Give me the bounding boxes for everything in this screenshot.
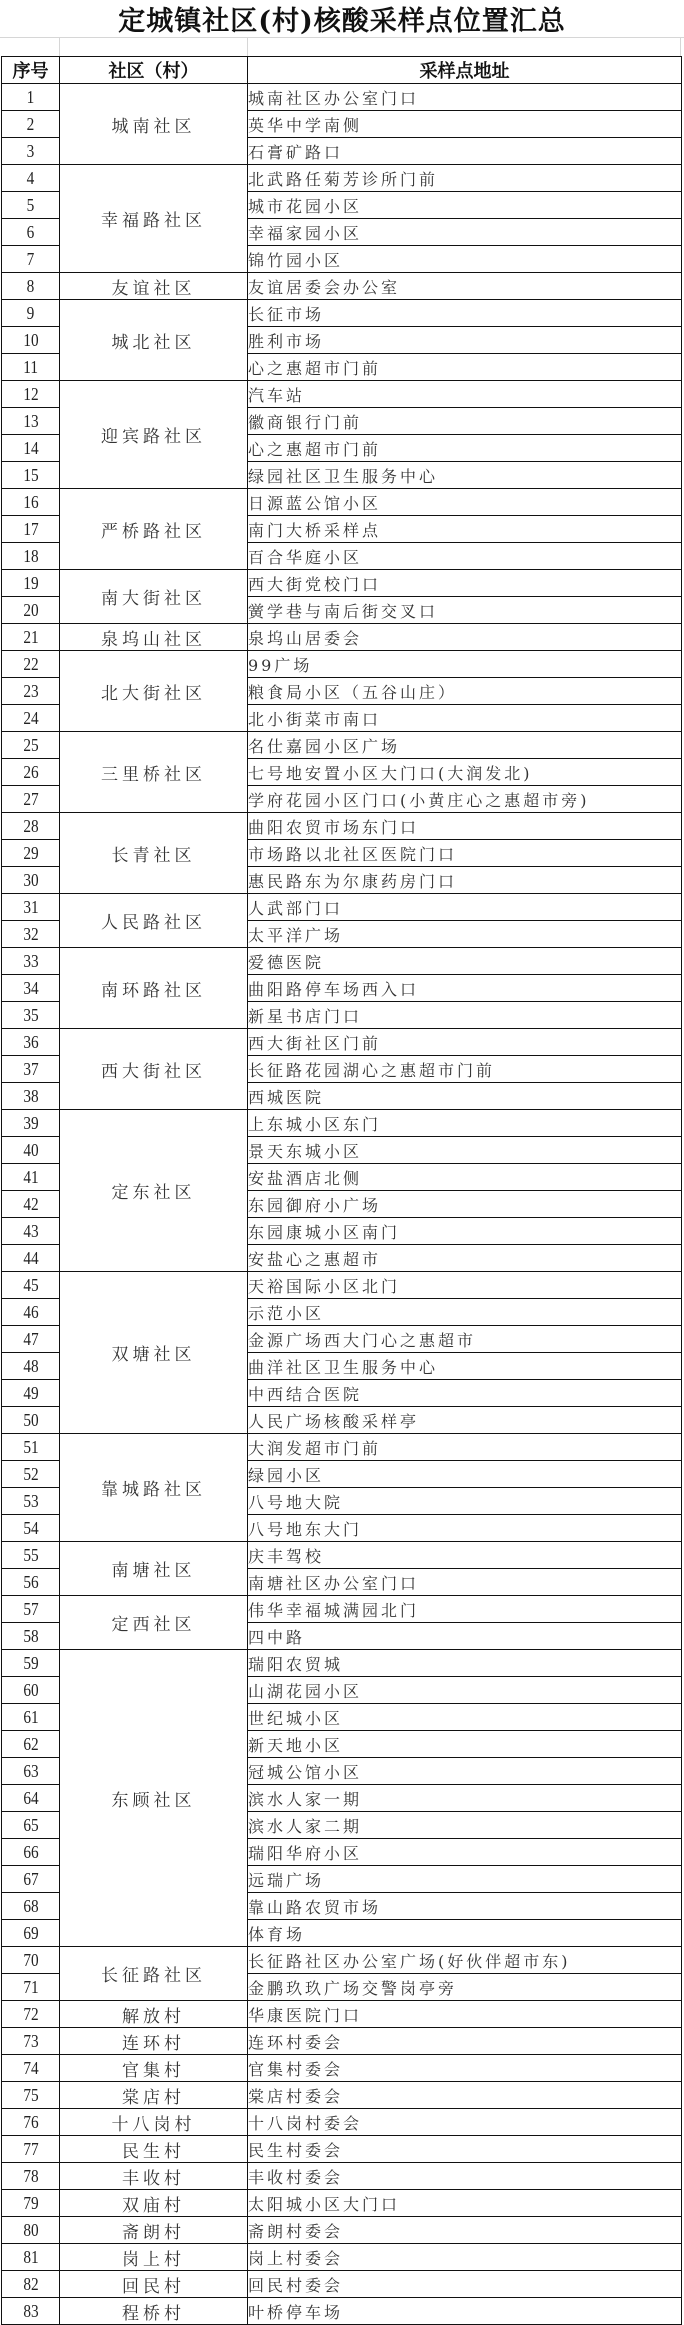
sheet-title: 定城镇社区(村)核酸采样点位置汇总: [0, 0, 684, 38]
cell-community: 南塘社区: [60, 1542, 248, 1596]
table-row: 76十八岗村十八岗村委会: [2, 2109, 682, 2136]
row-number: 31: [23, 897, 38, 918]
cell-no: 23: [2, 678, 60, 705]
row-number: 34: [23, 978, 38, 999]
cell-no: 77: [2, 2136, 60, 2163]
row-number: 26: [23, 762, 38, 783]
cell-address: 大润发超市门前: [248, 1434, 682, 1461]
row-number: 16: [23, 492, 38, 513]
cell-community: 解放村: [60, 2001, 248, 2028]
cell-no: 3: [2, 138, 60, 165]
table-row: 12迎宾路社区汽车站: [2, 381, 682, 408]
cell-community: 人民路社区: [60, 894, 248, 948]
row-number: 45: [23, 1275, 38, 1296]
cell-no: 70: [2, 1947, 60, 1974]
row-number: 77: [23, 2139, 38, 2160]
row-number: 23: [23, 681, 38, 702]
cell-address: 西大街党校门口: [248, 570, 682, 597]
cell-address: 黉学巷与南后街交叉口: [248, 597, 682, 624]
cell-address: 绿园社区卫生服务中心: [248, 462, 682, 489]
cell-community: 严桥路社区: [60, 489, 248, 570]
cell-address: 长征市场: [248, 300, 682, 327]
cell-no: 47: [2, 1326, 60, 1353]
cell-no: 76: [2, 2109, 60, 2136]
cell-community: 幸福路社区: [60, 165, 248, 273]
cell-address: 汽车站: [248, 381, 682, 408]
cell-address: 八号地东大门: [248, 1515, 682, 1542]
cell-address: 斋朗村委会: [248, 2217, 682, 2244]
row-number: 51: [23, 1437, 38, 1458]
cell-address: 西城医院: [248, 1083, 682, 1110]
table-row: 33南环路社区爱德医院: [2, 948, 682, 975]
cell-no: 83: [2, 2298, 60, 2325]
cell-no: 33: [2, 948, 60, 975]
cell-address: 连环村委会: [248, 2028, 682, 2055]
row-number: 57: [23, 1599, 38, 1620]
row-number: 3: [27, 141, 35, 162]
row-number: 25: [23, 735, 38, 756]
cell-address: 名仕嘉园小区广场: [248, 732, 682, 759]
cell-address: 西大街社区门前: [248, 1029, 682, 1056]
cell-no: 40: [2, 1137, 60, 1164]
cell-address: 英华中学南侧: [248, 111, 682, 138]
cell-no: 11: [2, 354, 60, 381]
cell-address: 新天地小区: [248, 1731, 682, 1758]
row-number: 61: [23, 1707, 38, 1728]
table-row: 25三里桥社区名仕嘉园小区广场: [2, 732, 682, 759]
cell-address: 十八岗村委会: [248, 2109, 682, 2136]
cell-no: 13: [2, 408, 60, 435]
cell-community: 官集村: [60, 2055, 248, 2082]
row-number: 32: [23, 924, 38, 945]
cell-address: 石膏矿路口: [248, 138, 682, 165]
cell-no: 82: [2, 2271, 60, 2298]
cell-community: 友谊社区: [60, 273, 248, 300]
cell-address: 百合华庭小区: [248, 543, 682, 570]
row-number: 50: [23, 1410, 38, 1431]
cell-address: 曲洋社区卫生服务中心: [248, 1353, 682, 1380]
row-number: 54: [23, 1518, 38, 1539]
row-number: 5: [27, 195, 35, 216]
cell-no: 74: [2, 2055, 60, 2082]
cell-address: 伟华幸福城满园北门: [248, 1596, 682, 1623]
row-number: 68: [23, 1896, 38, 1917]
cell-no: 71: [2, 1974, 60, 2001]
cell-no: 12: [2, 381, 60, 408]
row-number: 46: [23, 1302, 38, 1323]
cell-community: 连环村: [60, 2028, 248, 2055]
cell-community: 三里桥社区: [60, 732, 248, 813]
table-row: 79双庙村太阳城小区大门口: [2, 2190, 682, 2217]
cell-no: 81: [2, 2244, 60, 2271]
cell-address: 绿园小区: [248, 1461, 682, 1488]
cell-no: 20: [2, 597, 60, 624]
cell-address: 北小街菜市南口: [248, 705, 682, 732]
row-number: 70: [23, 1950, 38, 1971]
row-number: 63: [23, 1761, 38, 1782]
cell-address: 四中路: [248, 1623, 682, 1650]
cell-community: 泉坞山社区: [60, 624, 248, 651]
cell-no: 45: [2, 1272, 60, 1299]
row-number: 41: [23, 1167, 38, 1188]
cell-address: 爱德医院: [248, 948, 682, 975]
cell-address: 南塘社区办公室门口: [248, 1569, 682, 1596]
row-number: 64: [23, 1788, 38, 1809]
table-row: 21泉坞山社区泉坞山居委会: [2, 624, 682, 651]
cell-address: 锦竹园小区: [248, 246, 682, 273]
cell-address: 东园御府小广场: [248, 1191, 682, 1218]
table-row: 75棠店村棠店村委会: [2, 2082, 682, 2109]
cell-address: 人民广场核酸采样亭: [248, 1407, 682, 1434]
empty-gridline-row: [0, 38, 684, 56]
row-number: 76: [23, 2112, 38, 2133]
table-header-row: 序号 社区（村） 采样点地址: [2, 57, 682, 84]
cell-address: 景天东城小区: [248, 1137, 682, 1164]
cell-no: 16: [2, 489, 60, 516]
table-row: 4幸福路社区北武路任菊芳诊所门前: [2, 165, 682, 192]
cell-no: 59: [2, 1650, 60, 1677]
table-row: 36西大街社区西大街社区门前: [2, 1029, 682, 1056]
row-number: 42: [23, 1194, 38, 1215]
cell-no: 27: [2, 786, 60, 813]
cell-no: 67: [2, 1866, 60, 1893]
row-number: 83: [23, 2301, 38, 2322]
row-number: 52: [23, 1464, 38, 1485]
row-number: 75: [23, 2085, 38, 2106]
cell-address: 太阳城小区大门口: [248, 2190, 682, 2217]
cell-no: 48: [2, 1353, 60, 1380]
row-number: 11: [23, 357, 38, 378]
row-number: 4: [27, 168, 35, 189]
cell-no: 2: [2, 111, 60, 138]
row-number: 29: [23, 843, 38, 864]
row-number: 78: [23, 2166, 38, 2187]
cell-no: 72: [2, 2001, 60, 2028]
table-row: 59东顾社区瑞阳农贸城: [2, 1650, 682, 1677]
table-row: 81岗上村岗上村委会: [2, 2244, 682, 2271]
cell-no: 69: [2, 1920, 60, 1947]
cell-no: 19: [2, 570, 60, 597]
cell-address: 徽商银行门前: [248, 408, 682, 435]
row-number: 43: [23, 1221, 38, 1242]
cell-address: 七号地安置小区大门口(大润发北): [248, 759, 682, 786]
cell-no: 18: [2, 543, 60, 570]
table-row: 19南大街社区西大街党校门口: [2, 570, 682, 597]
row-number: 24: [23, 708, 38, 729]
cell-no: 9: [2, 300, 60, 327]
cell-community: 程桥村: [60, 2298, 248, 2325]
cell-address: 新星书店门口: [248, 1002, 682, 1029]
cell-address: 岗上村委会: [248, 2244, 682, 2271]
cell-no: 25: [2, 732, 60, 759]
row-number: 44: [23, 1248, 38, 1269]
cell-no: 55: [2, 1542, 60, 1569]
cell-address: 瑞阳华府小区: [248, 1839, 682, 1866]
cell-address: 城市花园小区: [248, 192, 682, 219]
row-number: 47: [23, 1329, 38, 1350]
row-number: 15: [23, 465, 38, 486]
row-number: 14: [23, 438, 38, 459]
cell-no: 31: [2, 894, 60, 921]
table-row: 22北大街社区99广场: [2, 651, 682, 678]
cell-community: 长青社区: [60, 813, 248, 894]
cell-no: 10: [2, 327, 60, 354]
row-number: 10: [23, 330, 38, 351]
cell-address: 丰收村委会: [248, 2163, 682, 2190]
table-row: 45双塘社区天裕国际小区北门: [2, 1272, 682, 1299]
table-row: 57定西社区伟华幸福城满园北门: [2, 1596, 682, 1623]
cell-no: 14: [2, 435, 60, 462]
cell-no: 34: [2, 975, 60, 1002]
cell-address: 粮食局小区（五谷山庄）: [248, 678, 682, 705]
row-number: 13: [23, 411, 38, 432]
cell-community: 南环路社区: [60, 948, 248, 1029]
row-number: 22: [23, 654, 38, 675]
cell-address: 城南社区办公室门口: [248, 84, 682, 111]
row-number: 38: [23, 1086, 38, 1107]
row-number: 55: [23, 1545, 38, 1566]
cell-no: 17: [2, 516, 60, 543]
cell-no: 15: [2, 462, 60, 489]
cell-address: 99广场: [248, 651, 682, 678]
row-number: 27: [23, 789, 38, 810]
row-number: 39: [23, 1113, 38, 1134]
table-row: 31人民路社区人武部门口: [2, 894, 682, 921]
cell-no: 39: [2, 1110, 60, 1137]
cell-community: 城南社区: [60, 84, 248, 165]
cell-address: 回民村委会: [248, 2271, 682, 2298]
row-number: 80: [23, 2220, 38, 2241]
cell-no: 73: [2, 2028, 60, 2055]
cell-address: 金鹏玖玖广场交警岗亭旁: [248, 1974, 682, 2001]
cell-no: 37: [2, 1056, 60, 1083]
table-row: 78丰收村丰收村委会: [2, 2163, 682, 2190]
cell-address: 金源广场西大门心之惠超市: [248, 1326, 682, 1353]
cell-address: 远瑞广场: [248, 1866, 682, 1893]
cell-community: 定东社区: [60, 1110, 248, 1272]
cell-no: 21: [2, 624, 60, 651]
row-number: 17: [23, 519, 38, 540]
cell-address: 冠城公馆小区: [248, 1758, 682, 1785]
cell-community: 民生村: [60, 2136, 248, 2163]
row-number: 69: [23, 1923, 38, 1944]
cell-no: 30: [2, 867, 60, 894]
table-row: 74官集村官集村委会: [2, 2055, 682, 2082]
cell-no: 58: [2, 1623, 60, 1650]
cell-address: 东园康城小区南门: [248, 1218, 682, 1245]
gridline: [59, 38, 60, 56]
cell-no: 54: [2, 1515, 60, 1542]
cell-community: 北大街社区: [60, 651, 248, 732]
cell-address: 市场路以北社区医院门口: [248, 840, 682, 867]
cell-no: 38: [2, 1083, 60, 1110]
cell-address: 心之惠超市门前: [248, 354, 682, 381]
cell-no: 64: [2, 1785, 60, 1812]
row-number: 60: [23, 1680, 38, 1701]
cell-address: 曲阳路停车场西入口: [248, 975, 682, 1002]
row-number: 35: [23, 1005, 38, 1026]
row-number: 28: [23, 816, 38, 837]
cell-address: 棠店村委会: [248, 2082, 682, 2109]
table-row: 8友谊社区友谊居委会办公室: [2, 273, 682, 300]
cell-no: 49: [2, 1380, 60, 1407]
row-number: 30: [23, 870, 38, 891]
cell-community: 棠店村: [60, 2082, 248, 2109]
cell-no: 66: [2, 1839, 60, 1866]
row-number: 62: [23, 1734, 38, 1755]
cell-address: 太平洋广场: [248, 921, 682, 948]
cell-no: 29: [2, 840, 60, 867]
cell-community: 双庙村: [60, 2190, 248, 2217]
cell-no: 24: [2, 705, 60, 732]
row-number: 71: [23, 1977, 38, 1998]
header-address: 采样点地址: [248, 57, 682, 84]
cell-no: 62: [2, 1731, 60, 1758]
row-number: 18: [23, 546, 38, 567]
row-number: 40: [23, 1140, 38, 1161]
sampling-sites-table: 序号 社区（村） 采样点地址 1城南社区城南社区办公室门口2英华中学南侧3石膏矿…: [1, 56, 682, 2325]
cell-no: 41: [2, 1164, 60, 1191]
cell-address: 靠山路农贸市场: [248, 1893, 682, 1920]
cell-address: 庆丰驾校: [248, 1542, 682, 1569]
table-row: 16严桥路社区日源蓝公馆小区: [2, 489, 682, 516]
cell-address: 天裕国际小区北门: [248, 1272, 682, 1299]
cell-no: 53: [2, 1488, 60, 1515]
cell-address: 胜利市场: [248, 327, 682, 354]
cell-address: 幸福家园小区: [248, 219, 682, 246]
cell-no: 26: [2, 759, 60, 786]
cell-address: 南门大桥采样点: [248, 516, 682, 543]
cell-address: 八号地大院: [248, 1488, 682, 1515]
cell-no: 51: [2, 1434, 60, 1461]
cell-no: 78: [2, 2163, 60, 2190]
cell-community: 南大街社区: [60, 570, 248, 624]
row-number: 67: [23, 1869, 38, 1890]
row-number: 81: [23, 2247, 38, 2268]
row-number: 8: [27, 276, 35, 297]
cell-no: 4: [2, 165, 60, 192]
cell-address: 官集村委会: [248, 2055, 682, 2082]
row-number: 58: [23, 1626, 38, 1647]
cell-address: 华康医院门口: [248, 2001, 682, 2028]
row-number: 6: [27, 222, 35, 243]
table-body: 1城南社区城南社区办公室门口2英华中学南侧3石膏矿路口4幸福路社区北武路任菊芳诊…: [2, 84, 682, 2325]
row-number: 59: [23, 1653, 38, 1674]
row-number: 7: [27, 249, 35, 270]
cell-address: 示范小区: [248, 1299, 682, 1326]
table-row: 77民生村民生村委会: [2, 2136, 682, 2163]
table-row: 82回民村回民村委会: [2, 2271, 682, 2298]
table-row: 80斋朗村斋朗村委会: [2, 2217, 682, 2244]
cell-community: 靠城路社区: [60, 1434, 248, 1542]
cell-no: 63: [2, 1758, 60, 1785]
cell-address: 山湖花园小区: [248, 1677, 682, 1704]
cell-address: 叶桥停车场: [248, 2298, 682, 2325]
cell-community: 城北社区: [60, 300, 248, 381]
cell-address: 北武路任菊芳诊所门前: [248, 165, 682, 192]
table-row: 28长青社区曲阳农贸市场东门口: [2, 813, 682, 840]
cell-address: 滨水人家二期: [248, 1812, 682, 1839]
cell-address: 学府花园小区门口(小黄庄心之惠超市旁): [248, 786, 682, 813]
cell-no: 56: [2, 1569, 60, 1596]
row-number: 12: [23, 384, 38, 405]
header-no: 序号: [2, 57, 60, 84]
cell-address: 泉坞山居委会: [248, 624, 682, 651]
table-row: 9城北社区长征市场: [2, 300, 682, 327]
cell-community: 定西社区: [60, 1596, 248, 1650]
row-number: 72: [23, 2004, 38, 2025]
gridline: [680, 38, 681, 56]
cell-no: 1: [2, 84, 60, 111]
cell-address: 民生村委会: [248, 2136, 682, 2163]
table-row: 51靠城路社区大润发超市门前: [2, 1434, 682, 1461]
table-row: 73连环村连环村委会: [2, 2028, 682, 2055]
cell-community: 双塘社区: [60, 1272, 248, 1434]
row-number: 74: [23, 2058, 38, 2079]
row-number: 66: [23, 1842, 38, 1863]
header-community: 社区（村）: [60, 57, 248, 84]
cell-address: 世纪城小区: [248, 1704, 682, 1731]
row-number: 33: [23, 951, 38, 972]
row-number: 20: [23, 600, 38, 621]
cell-no: 7: [2, 246, 60, 273]
cell-address: 惠民路东为尔康药房门口: [248, 867, 682, 894]
cell-no: 36: [2, 1029, 60, 1056]
row-number: 9: [27, 303, 35, 324]
row-number: 36: [23, 1032, 38, 1053]
cell-community: 岗上村: [60, 2244, 248, 2271]
gridline: [247, 38, 248, 56]
row-number: 65: [23, 1815, 38, 1836]
row-number: 1: [27, 87, 35, 108]
row-number: 49: [23, 1383, 38, 1404]
cell-no: 46: [2, 1299, 60, 1326]
cell-address: 友谊居委会办公室: [248, 273, 682, 300]
cell-address: 安盐心之惠超市: [248, 1245, 682, 1272]
cell-address: 中西结合医院: [248, 1380, 682, 1407]
row-number: 56: [23, 1572, 38, 1593]
cell-no: 75: [2, 2082, 60, 2109]
cell-address: 日源蓝公馆小区: [248, 489, 682, 516]
cell-address: 滨水人家一期: [248, 1785, 682, 1812]
cell-community: 斋朗村: [60, 2217, 248, 2244]
cell-no: 79: [2, 2190, 60, 2217]
cell-no: 35: [2, 1002, 60, 1029]
cell-no: 80: [2, 2217, 60, 2244]
cell-no: 44: [2, 1245, 60, 1272]
cell-address: 体育场: [248, 1920, 682, 1947]
cell-no: 60: [2, 1677, 60, 1704]
cell-address: 长征路社区办公室广场(好伙伴超市东): [248, 1947, 682, 1974]
spreadsheet: 定城镇社区(村)核酸采样点位置汇总 序号 社区（村） 采样点地址 1城南社区城南…: [0, 0, 684, 2325]
table-row: 1城南社区城南社区办公室门口: [2, 84, 682, 111]
cell-no: 42: [2, 1191, 60, 1218]
cell-no: 32: [2, 921, 60, 948]
cell-community: 丰收村: [60, 2163, 248, 2190]
cell-address: 曲阳农贸市场东门口: [248, 813, 682, 840]
cell-community: 东顾社区: [60, 1650, 248, 1947]
row-number: 21: [23, 627, 38, 648]
cell-no: 5: [2, 192, 60, 219]
cell-community: 十八岗村: [60, 2109, 248, 2136]
cell-address: 人武部门口: [248, 894, 682, 921]
cell-no: 50: [2, 1407, 60, 1434]
cell-no: 57: [2, 1596, 60, 1623]
row-number: 53: [23, 1491, 38, 1512]
cell-no: 22: [2, 651, 60, 678]
cell-address: 上东城小区东门: [248, 1110, 682, 1137]
table-row: 70长征路社区长征路社区办公室广场(好伙伴超市东): [2, 1947, 682, 1974]
